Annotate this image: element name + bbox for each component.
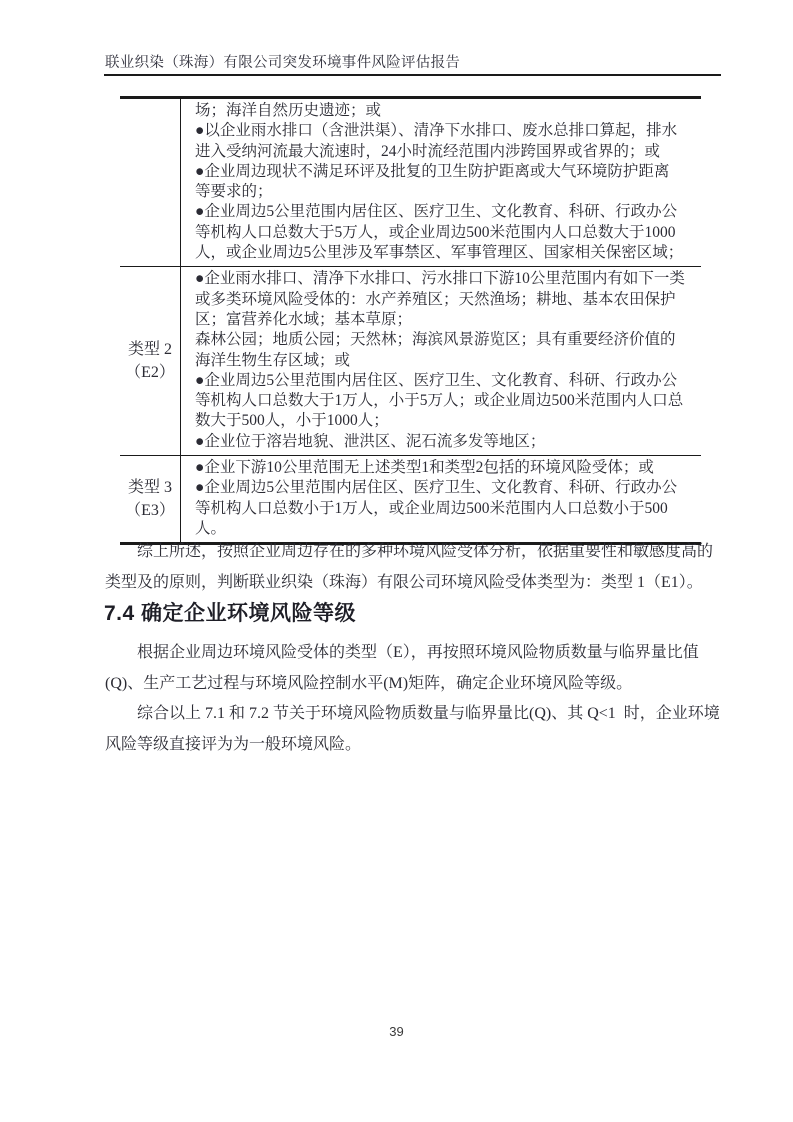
table-row-e3: 类型 3 （E3） ●企业下游10公里范围无上述类型1和类型2包括的环境风险受体…: [120, 455, 701, 542]
row-label-type3: 类型 3 （E3）: [120, 456, 181, 542]
row-content-e1: 场；海洋自然历史遗迹；或 ●以企业雨水排口（含泄洪渠）、清净下水排口、废水总排口…: [181, 99, 701, 266]
table-row-e1-continuation: 场；海洋自然历史遗迹；或 ●以企业雨水排口（含泄洪渠）、清净下水排口、废水总排口…: [120, 99, 701, 266]
row-label-empty: [120, 99, 181, 266]
paragraph-risk-grade-method: 根据企业周边环境风险受体的类型（E），再按照环境风险物质数量与临界量比值 (Q)…: [105, 637, 699, 699]
header-rule: [104, 74, 721, 76]
paragraph-receptor-summary: 综上所述，按照企业周边存在的多种环境风险受体分析，依据重要性和敏感度高的 类型及…: [105, 536, 713, 598]
risk-receptor-table: 场；海洋自然历史遗迹；或 ●以企业雨水排口（含泄洪渠）、清净下水排口、废水总排口…: [120, 96, 701, 545]
page-footer: 39: [0, 1024, 793, 1039]
document-page: 联业织染（珠海）有限公司突发环境事件风险评估报告 场；海洋自然历史遗迹；或 ●以…: [0, 0, 793, 1122]
paragraph-risk-grade-conclusion: 综合以上 7.1 和 7.2 节关于环境风险物质数量与临界量比(Q)、其 Q<1…: [105, 698, 720, 760]
header-title: 联业织染（珠海）有限公司突发环境事件风险评估报告: [105, 51, 460, 72]
row-content-e2: ●企业雨水排口、清净下水排口、污水排口下游10公里范围内有如下一类 或多类环境风…: [181, 267, 701, 455]
section-heading-7-4: 7.4 确定企业环境风险等级: [104, 597, 356, 627]
row-label-type2: 类型 2 （E2）: [120, 267, 181, 455]
table-row-e2: 类型 2 （E2） ●企业雨水排口、清净下水排口、污水排口下游10公里范围内有如…: [120, 266, 701, 455]
page-number: 39: [389, 1024, 403, 1039]
row-content-e3: ●企业下游10公里范围无上述类型1和类型2包括的环境风险受体；或 ●企业周边5公…: [181, 456, 701, 542]
